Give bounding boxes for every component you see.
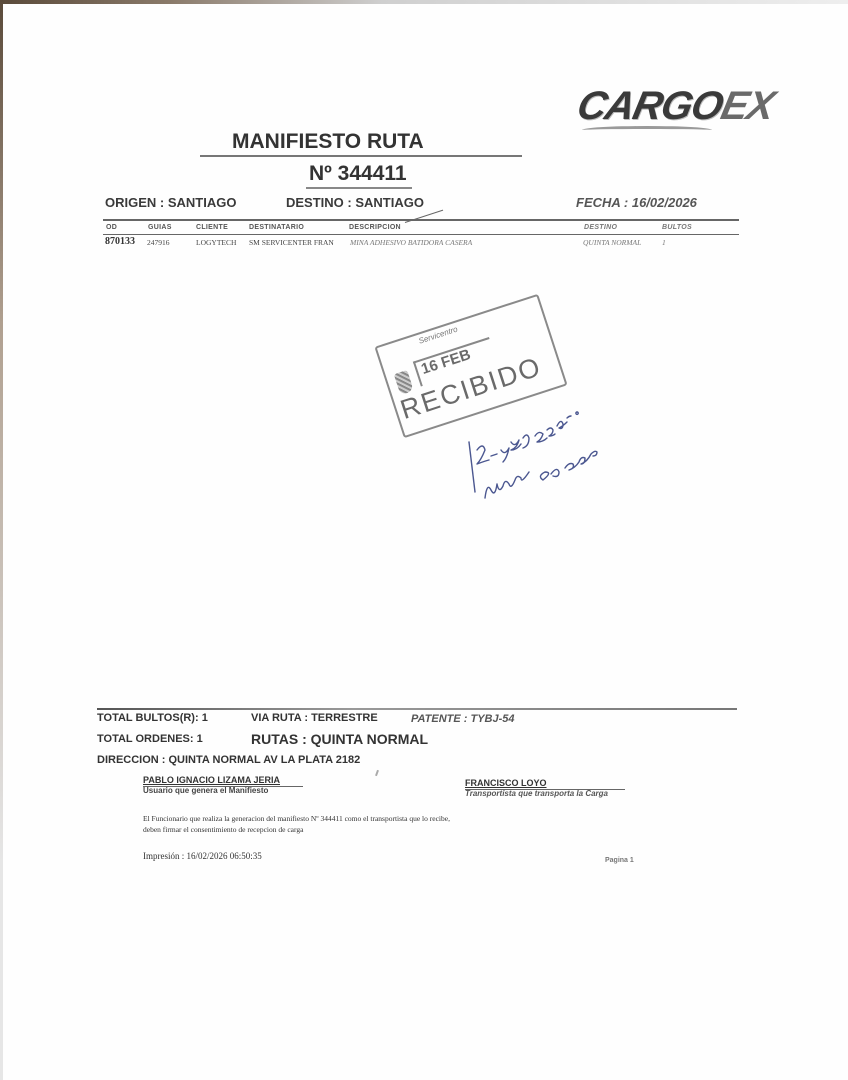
total-bultos: TOTAL BULTOS(R): 1	[97, 712, 208, 724]
generator-name: PABLO IGNACIO LIZAMA JERIA	[143, 775, 280, 785]
handwritten-signature	[455, 380, 655, 510]
rutas: RUTAS : QUINTA NORMAL	[251, 731, 428, 747]
cargoex-logo: CARGOEX	[574, 86, 778, 126]
via-ruta: VIA RUTA : TERRESTRE	[251, 712, 378, 724]
date-label: FECHA : 16/02/2026	[576, 195, 697, 210]
scan-edge	[0, 0, 848, 4]
stamp-brand: Servicentro	[417, 325, 458, 346]
column-header-guias: GUIAS	[148, 224, 172, 231]
logo-secondary-text: EX	[717, 84, 778, 128]
column-header-descripcion: DESCRIPCION	[349, 224, 401, 231]
document-title: MANIFIESTO RUTA	[232, 130, 424, 154]
carrier-role: Transportista que transporta la Carga	[465, 789, 608, 798]
column-header-cliente: CLIENTE	[196, 224, 228, 231]
origin-label: ORIGEN : SANTIAGO	[105, 195, 236, 210]
cell-od: 870133	[105, 236, 135, 247]
print-timestamp: Impresión : 16/02/2026 06:50:35	[143, 851, 262, 861]
consent-notice: El Funcionario que realiza la generacion…	[143, 813, 523, 835]
table-header-rule	[103, 234, 739, 235]
column-header-bultos: BULTOS	[662, 224, 692, 231]
destination-label: DESTINO : SANTIAGO	[286, 195, 424, 210]
cell-cliente: LOGYTECH	[196, 238, 236, 247]
column-header-od: OD	[106, 224, 117, 231]
number-divider	[306, 187, 412, 189]
table-top-rule	[103, 219, 739, 221]
column-header-destino: DESTINO	[584, 224, 617, 231]
scan-edge	[0, 0, 3, 1080]
cell-bultos: 1	[662, 238, 666, 247]
total-ordenes: TOTAL ORDENES: 1	[97, 733, 203, 745]
cell-destino: QUINTA NORMAL	[583, 238, 641, 247]
logo-primary-text: CARGO	[573, 84, 726, 128]
generator-role: Usuario que genera el Manifiesto	[143, 786, 268, 795]
title-divider	[200, 155, 522, 157]
notice-line: deben firmar el consentimiento de recepc…	[143, 824, 523, 835]
column-header-destinatario: DESTINATARIO	[249, 224, 304, 231]
patente: PATENTE : TYBJ-54	[411, 713, 515, 725]
summary-divider	[97, 708, 737, 710]
direccion: DIRECCION : QUINTA NORMAL AV LA PLATA 21…	[97, 754, 360, 766]
logo-swoosh	[582, 126, 712, 134]
carrier-name: FRANCISCO LOYO	[465, 778, 547, 788]
notice-line: El Funcionario que realiza la generacion…	[143, 813, 523, 824]
cell-guias: 247916	[147, 238, 170, 247]
cell-destinatario: SM SERVICENTER FRAN	[249, 238, 334, 247]
pen-mark	[375, 770, 379, 776]
manifest-number: Nº 344411	[309, 162, 407, 186]
cell-descripcion: MINA ADHESIVO BATIDORA CASERA	[350, 238, 472, 247]
page-number: Pagina 1	[605, 857, 634, 864]
scanned-manifest-page: CARGOEX MANIFIESTO RUTA Nº 344411 ORIGEN…	[0, 0, 848, 1080]
